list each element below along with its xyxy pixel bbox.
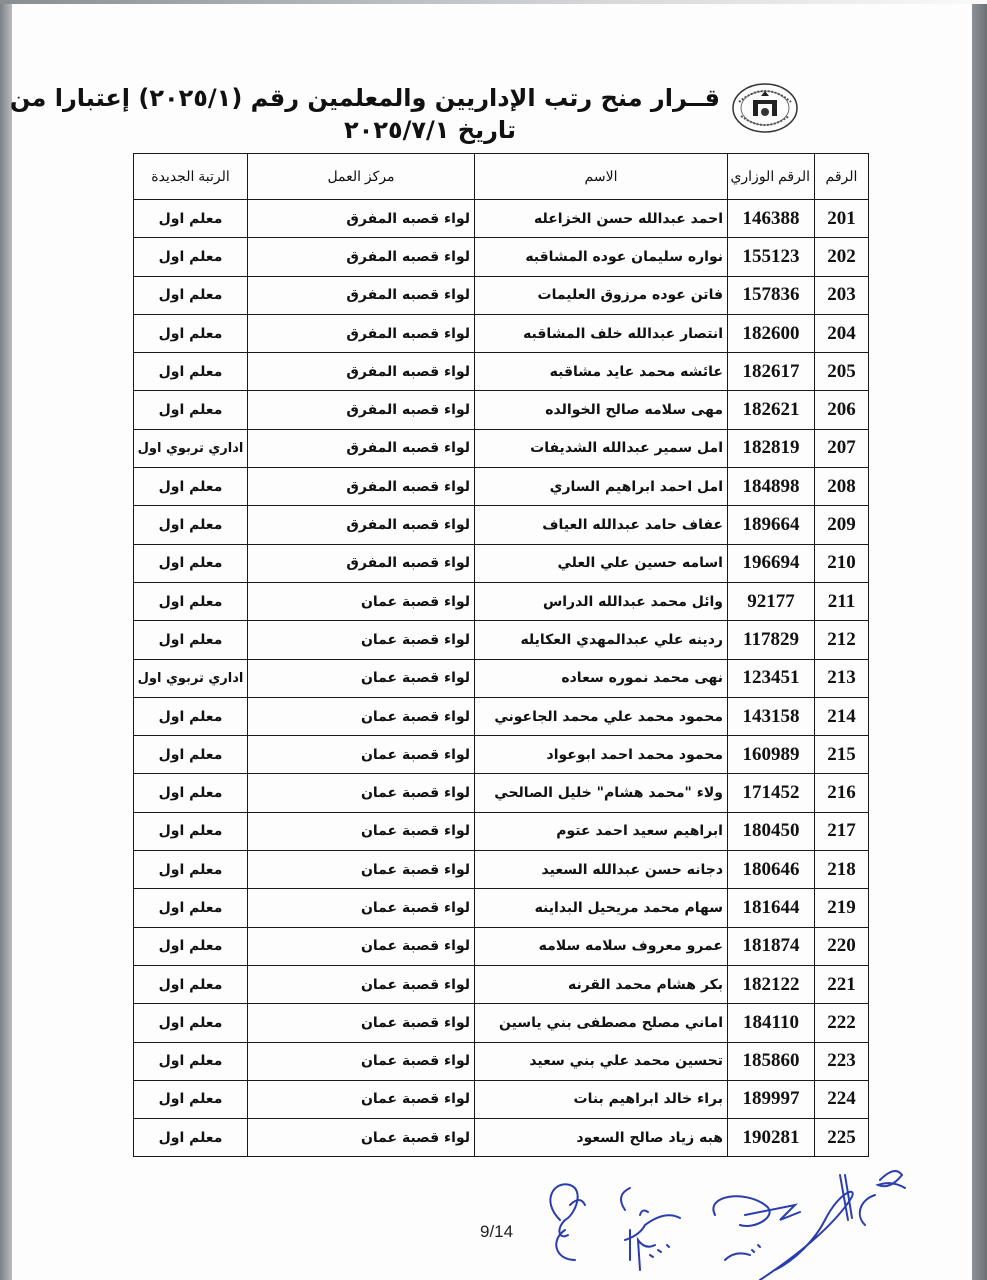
cell-ministerial-number: 182122 xyxy=(728,965,815,1003)
cell-number: 219 xyxy=(815,889,869,927)
cell-number: 208 xyxy=(815,468,869,506)
cell-number: 210 xyxy=(815,544,869,582)
cell-ministerial-number: 155123 xyxy=(728,238,815,276)
header-work-center: مركز العمل xyxy=(248,154,475,200)
document-title: قــرار منح رتب الإداريين والمعلمين رقم (… xyxy=(140,82,720,146)
cell-ministerial-number: 181644 xyxy=(728,889,815,927)
table-row: 201 146388 احمد عبدالله حسن الخزاعله لوا… xyxy=(134,200,869,238)
cell-new-rank: معلم اول xyxy=(134,812,248,850)
cell-new-rank: معلم اول xyxy=(134,851,248,889)
cell-ministerial-number: 117829 xyxy=(728,621,815,659)
cell-work-center: لواء قصبة عمان xyxy=(248,1080,475,1118)
cell-ministerial-number: 180646 xyxy=(728,851,815,889)
cell-name: نواره سليمان عوده المشاقبه xyxy=(475,238,728,276)
cell-work-center: لواء قصبة عمان xyxy=(248,659,475,697)
cell-new-rank: معلم اول xyxy=(134,391,248,429)
cell-name: ردينه علي عبدالمهدي العكايله xyxy=(475,621,728,659)
table-row: 216 171452 ولاء "محمد هشام" خليل الصالحي… xyxy=(134,774,869,812)
cell-name: محمود محمد احمد ابوعواد xyxy=(475,736,728,774)
cell-ministerial-number: 180450 xyxy=(728,812,815,850)
table-row: 219 181644 سهام محمد مريحيل البداينه لوا… xyxy=(134,889,869,927)
cell-name: اماني مصلح مصطفى بني ياسين xyxy=(475,1004,728,1042)
cell-ministerial-number: 171452 xyxy=(728,774,815,812)
cell-name: تحسين محمد علي بني سعيد xyxy=(475,1042,728,1080)
cell-work-center: لواء قصبه المفرق xyxy=(248,506,475,544)
cell-work-center: لواء قصبة عمان xyxy=(248,774,475,812)
cell-number: 222 xyxy=(815,1004,869,1042)
table-row: 213 123451 نهى محمد نموره سعاده لواء قصب… xyxy=(134,659,869,697)
cell-work-center: لواء قصبه المفرق xyxy=(248,353,475,391)
cell-number: 212 xyxy=(815,621,869,659)
cell-ministerial-number: 143158 xyxy=(728,697,815,735)
cell-work-center: لواء قصبة عمان xyxy=(248,1042,475,1080)
cell-work-center: لواء قصبة عمان xyxy=(248,736,475,774)
cell-name: براء خالد ابراهيم بنات xyxy=(475,1080,728,1118)
cell-work-center: لواء قصبه المفرق xyxy=(248,468,475,506)
cell-ministerial-number: 184110 xyxy=(728,1004,815,1042)
cell-new-rank: معلم اول xyxy=(134,736,248,774)
cell-new-rank: معلم اول xyxy=(134,1119,248,1157)
cell-name: انتصار عبدالله خلف المشاقبه xyxy=(475,314,728,352)
cell-name: اسامه حسين علي العلي xyxy=(475,544,728,582)
cell-ministerial-number: 196694 xyxy=(728,544,815,582)
cell-number: 223 xyxy=(815,1042,869,1080)
cell-number: 207 xyxy=(815,429,869,467)
cell-work-center: لواء قصبة عمان xyxy=(248,965,475,1003)
cell-number: 221 xyxy=(815,965,869,1003)
cell-new-rank: اداري تربوي اول xyxy=(134,429,248,467)
cell-name: ابراهيم سعيد احمد عتوم xyxy=(475,812,728,850)
table-row: 217 180450 ابراهيم سعيد احمد عتوم لواء ق… xyxy=(134,812,869,850)
cell-new-rank: معلم اول xyxy=(134,889,248,927)
title-line-2: تاريخ ٢٠٢٥/٧/١ xyxy=(140,114,720,146)
cell-new-rank: معلم اول xyxy=(134,582,248,620)
cell-ministerial-number: 182617 xyxy=(728,353,815,391)
cell-work-center: لواء قصبه المفرق xyxy=(248,238,475,276)
cell-new-rank: معلم اول xyxy=(134,965,248,1003)
cell-name: ولاء "محمد هشام" خليل الصالحي xyxy=(475,774,728,812)
cell-work-center: لواء قصبة عمان xyxy=(248,889,475,927)
cell-number: 213 xyxy=(815,659,869,697)
cell-number: 206 xyxy=(815,391,869,429)
cell-name: وائل محمد عبدالله الدراس xyxy=(475,582,728,620)
table-row: 202 155123 نواره سليمان عوده المشاقبه لو… xyxy=(134,238,869,276)
table-row: 225 190281 هبه زياد صالح السعود لواء قصب… xyxy=(134,1119,869,1157)
cell-work-center: لواء قصبه المفرق xyxy=(248,429,475,467)
table-row: 203 157836 فاتن عوده مرزوق العليمات لواء… xyxy=(134,276,869,314)
cell-ministerial-number: 181874 xyxy=(728,927,815,965)
cell-ministerial-number: 182819 xyxy=(728,429,815,467)
cell-work-center: لواء قصبة عمان xyxy=(248,621,475,659)
cell-number: 218 xyxy=(815,851,869,889)
cell-number: 217 xyxy=(815,812,869,850)
table-row: 222 184110 اماني مصلح مصطفى بني ياسين لو… xyxy=(134,1004,869,1042)
header-number: الرقم xyxy=(815,154,869,200)
cell-new-rank: معلم اول xyxy=(134,1042,248,1080)
cell-ministerial-number: 146388 xyxy=(728,200,815,238)
table-row: 212 117829 ردينه علي عبدالمهدي العكايله … xyxy=(134,621,869,659)
table-row: 208 184898 امل احمد ابراهيم الساري لواء … xyxy=(134,468,869,506)
cell-name: احمد عبدالله حسن الخزاعله xyxy=(475,200,728,238)
cell-name: فاتن عوده مرزوق العليمات xyxy=(475,276,728,314)
table-row: 221 182122 بكر هشام محمد القرنه لواء قصب… xyxy=(134,965,869,1003)
cell-number: 205 xyxy=(815,353,869,391)
cell-new-rank: معلم اول xyxy=(134,506,248,544)
cell-name: محمود محمد علي محمد الجاعوني xyxy=(475,697,728,735)
cell-name: بكر هشام محمد القرنه xyxy=(475,965,728,1003)
cell-new-rank: معلم اول xyxy=(134,621,248,659)
ministry-emblem-icon xyxy=(731,82,799,134)
table-row: 214 143158 محمود محمد علي محمد الجاعوني … xyxy=(134,697,869,735)
table-body: 201 146388 احمد عبدالله حسن الخزاعله لوا… xyxy=(134,200,869,1157)
cell-work-center: لواء قصبه المفرق xyxy=(248,391,475,429)
header-new-rank: الرتبة الجديدة xyxy=(134,154,248,200)
cell-new-rank: اداري تربوي اول xyxy=(134,659,248,697)
cell-number: 224 xyxy=(815,1080,869,1118)
cell-new-rank: معلم اول xyxy=(134,774,248,812)
table-row: 220 181874 عمرو معروف سلامه سلامه لواء ق… xyxy=(134,927,869,965)
table-row: 223 185860 تحسين محمد علي بني سعيد لواء … xyxy=(134,1042,869,1080)
cell-work-center: لواء قصبة عمان xyxy=(248,1004,475,1042)
cell-ministerial-number: 160989 xyxy=(728,736,815,774)
ranks-table: الرقم الرقم الوزاري الاسم مركز العمل الر… xyxy=(133,153,869,1157)
table-row: 207 182819 امل سمير عبدالله الشديفات لوا… xyxy=(134,429,869,467)
cell-ministerial-number: 92177 xyxy=(728,582,815,620)
cell-number: 202 xyxy=(815,238,869,276)
cell-name: عفاف حامد عبدالله العياف xyxy=(475,506,728,544)
cell-number: 203 xyxy=(815,276,869,314)
table-row: 206 182621 مهى سلامه صالح الخوالده لواء … xyxy=(134,391,869,429)
cell-ministerial-number: 190281 xyxy=(728,1119,815,1157)
header-name: الاسم xyxy=(475,154,728,200)
table-row: 215 160989 محمود محمد احمد ابوعواد لواء … xyxy=(134,736,869,774)
table-row: 218 180646 دجانه حسن عبدالله السعيد لواء… xyxy=(134,851,869,889)
cell-name: سهام محمد مريحيل البداينه xyxy=(475,889,728,927)
cell-ministerial-number: 184898 xyxy=(728,468,815,506)
cell-new-rank: معلم اول xyxy=(134,353,248,391)
cell-new-rank: معلم اول xyxy=(134,1004,248,1042)
cell-new-rank: معلم اول xyxy=(134,238,248,276)
cell-new-rank: معلم اول xyxy=(134,1080,248,1118)
cell-ministerial-number: 182621 xyxy=(728,391,815,429)
cell-work-center: لواء قصبه المفرق xyxy=(248,276,475,314)
cell-number: 225 xyxy=(815,1119,869,1157)
cell-ministerial-number: 189997 xyxy=(728,1080,815,1118)
cell-ministerial-number: 185860 xyxy=(728,1042,815,1080)
cell-ministerial-number: 189664 xyxy=(728,506,815,544)
header-ministerial-number: الرقم الوزاري xyxy=(728,154,815,200)
cell-number: 215 xyxy=(815,736,869,774)
signatures-icon xyxy=(530,1160,920,1280)
cell-name: هبه زياد صالح السعود xyxy=(475,1119,728,1157)
cell-number: 201 xyxy=(815,200,869,238)
cell-name: امل احمد ابراهيم الساري xyxy=(475,468,728,506)
table-row: 211 92177 وائل محمد عبدالله الدراس لواء … xyxy=(134,582,869,620)
page-number: 9/14 xyxy=(480,1222,513,1242)
cell-name: نهى محمد نموره سعاده xyxy=(475,659,728,697)
cell-new-rank: معلم اول xyxy=(134,200,248,238)
table-row: 205 182617 عائشه محمد عايد مشاقبه لواء ق… xyxy=(134,353,869,391)
cell-work-center: لواء قصبة عمان xyxy=(248,927,475,965)
cell-new-rank: معلم اول xyxy=(134,927,248,965)
cell-name: مهى سلامه صالح الخوالده xyxy=(475,391,728,429)
cell-new-rank: معلم اول xyxy=(134,314,248,352)
table-row: 210 196694 اسامه حسين علي العلي لواء قصب… xyxy=(134,544,869,582)
cell-new-rank: معلم اول xyxy=(134,468,248,506)
cell-ministerial-number: 182600 xyxy=(728,314,815,352)
cell-ministerial-number: 123451 xyxy=(728,659,815,697)
table-row: 224 189997 براء خالد ابراهيم بنات لواء ق… xyxy=(134,1080,869,1118)
cell-work-center: لواء قصبة عمان xyxy=(248,812,475,850)
scan-left-edge xyxy=(0,0,12,1280)
cell-new-rank: معلم اول xyxy=(134,544,248,582)
table-row: 204 182600 انتصار عبدالله خلف المشاقبه ل… xyxy=(134,314,869,352)
cell-work-center: لواء قصبة عمان xyxy=(248,1119,475,1157)
cell-name: عائشه محمد عايد مشاقبه xyxy=(475,353,728,391)
cell-work-center: لواء قصبه المفرق xyxy=(248,314,475,352)
cell-work-center: لواء قصبة عمان xyxy=(248,697,475,735)
cell-number: 220 xyxy=(815,927,869,965)
cell-number: 211 xyxy=(815,582,869,620)
title-line-1: قــرار منح رتب الإداريين والمعلمين رقم (… xyxy=(140,82,720,114)
cell-work-center: لواء قصبة عمان xyxy=(248,582,475,620)
cell-work-center: لواء قصبه المفرق xyxy=(248,200,475,238)
cell-name: عمرو معروف سلامه سلامه xyxy=(475,927,728,965)
cell-number: 209 xyxy=(815,506,869,544)
cell-number: 214 xyxy=(815,697,869,735)
cell-number: 216 xyxy=(815,774,869,812)
cell-number: 204 xyxy=(815,314,869,352)
cell-name: دجانه حسن عبدالله السعيد xyxy=(475,851,728,889)
scan-right-edge xyxy=(972,0,987,1280)
table-row: 209 189664 عفاف حامد عبدالله العياف لواء… xyxy=(134,506,869,544)
cell-new-rank: معلم اول xyxy=(134,697,248,735)
cell-name: امل سمير عبدالله الشديفات xyxy=(475,429,728,467)
cell-ministerial-number: 157836 xyxy=(728,276,815,314)
cell-new-rank: معلم اول xyxy=(134,276,248,314)
cell-work-center: لواء قصبه المفرق xyxy=(248,544,475,582)
table-header-row: الرقم الرقم الوزاري الاسم مركز العمل الر… xyxy=(134,154,869,200)
cell-work-center: لواء قصبة عمان xyxy=(248,851,475,889)
